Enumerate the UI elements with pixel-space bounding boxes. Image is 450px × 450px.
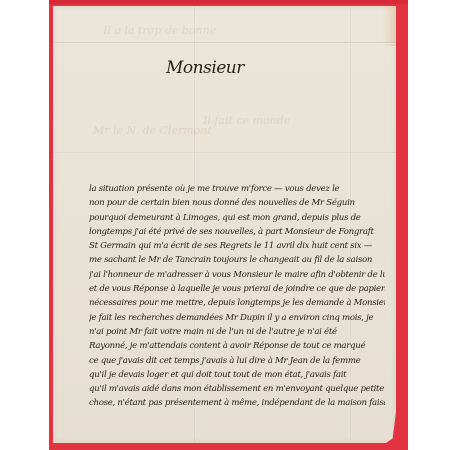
body-line: pourquoi demeurant à Limoges, qui est mo… [89,211,385,225]
red-mat-background: Il a la trop de bonne Il fait ce monde M… [49,0,408,450]
body-line: St Germain qui m'a écrit de ses Regrets … [89,239,385,253]
body-line: qu'il m'avais aidé dans mon établissemen… [89,382,385,396]
body-line: qu'il je devais loger et qui doit tout t… [89,368,385,382]
horizontal-fold-line [53,152,396,154]
body-line: n'ai point Mr fait votre main ni de l'un… [89,325,385,339]
body-line: et de vous Réponse à laquelle je vous pr… [89,282,385,296]
body-line: la situation présente où je me trouve m'… [89,182,385,196]
body-line: Rayonné, je m'attendais content à avoir … [89,339,385,353]
body-line: me sachant le Mr de Tancrain toujours le… [89,253,385,267]
bleed-through-text: Mr le N. de Clermont [93,124,212,137]
bleed-through-text: Il a la trop de bonne [103,24,216,37]
body-line: chose, n'étant pas présentement à même, … [89,396,385,410]
body-line: ce que j'avais dit cet temps j'avais à l… [89,354,385,368]
body-line: je fait les recherches demandées Mr Dupi… [89,311,385,325]
body-line: nécessaires pour me mettre, depuis longt… [89,296,385,310]
bleed-through-text: Il fait ce monde [203,114,290,127]
mat-top-edge [49,0,408,4]
letter-body: la situation présente où je me trouve m'… [89,182,385,411]
salutation: Monsieur [166,58,244,78]
body-line: longtemps j'ai été privé de ses nouvelle… [89,225,385,239]
horizontal-fold-line [53,42,396,44]
body-line: j'ai l'honneur de m'adresser à vous Mons… [89,268,385,282]
body-line: non pour de certain bien nous donné des … [89,196,385,210]
letter-page: Il a la trop de bonne Il fait ce monde M… [53,6,396,443]
